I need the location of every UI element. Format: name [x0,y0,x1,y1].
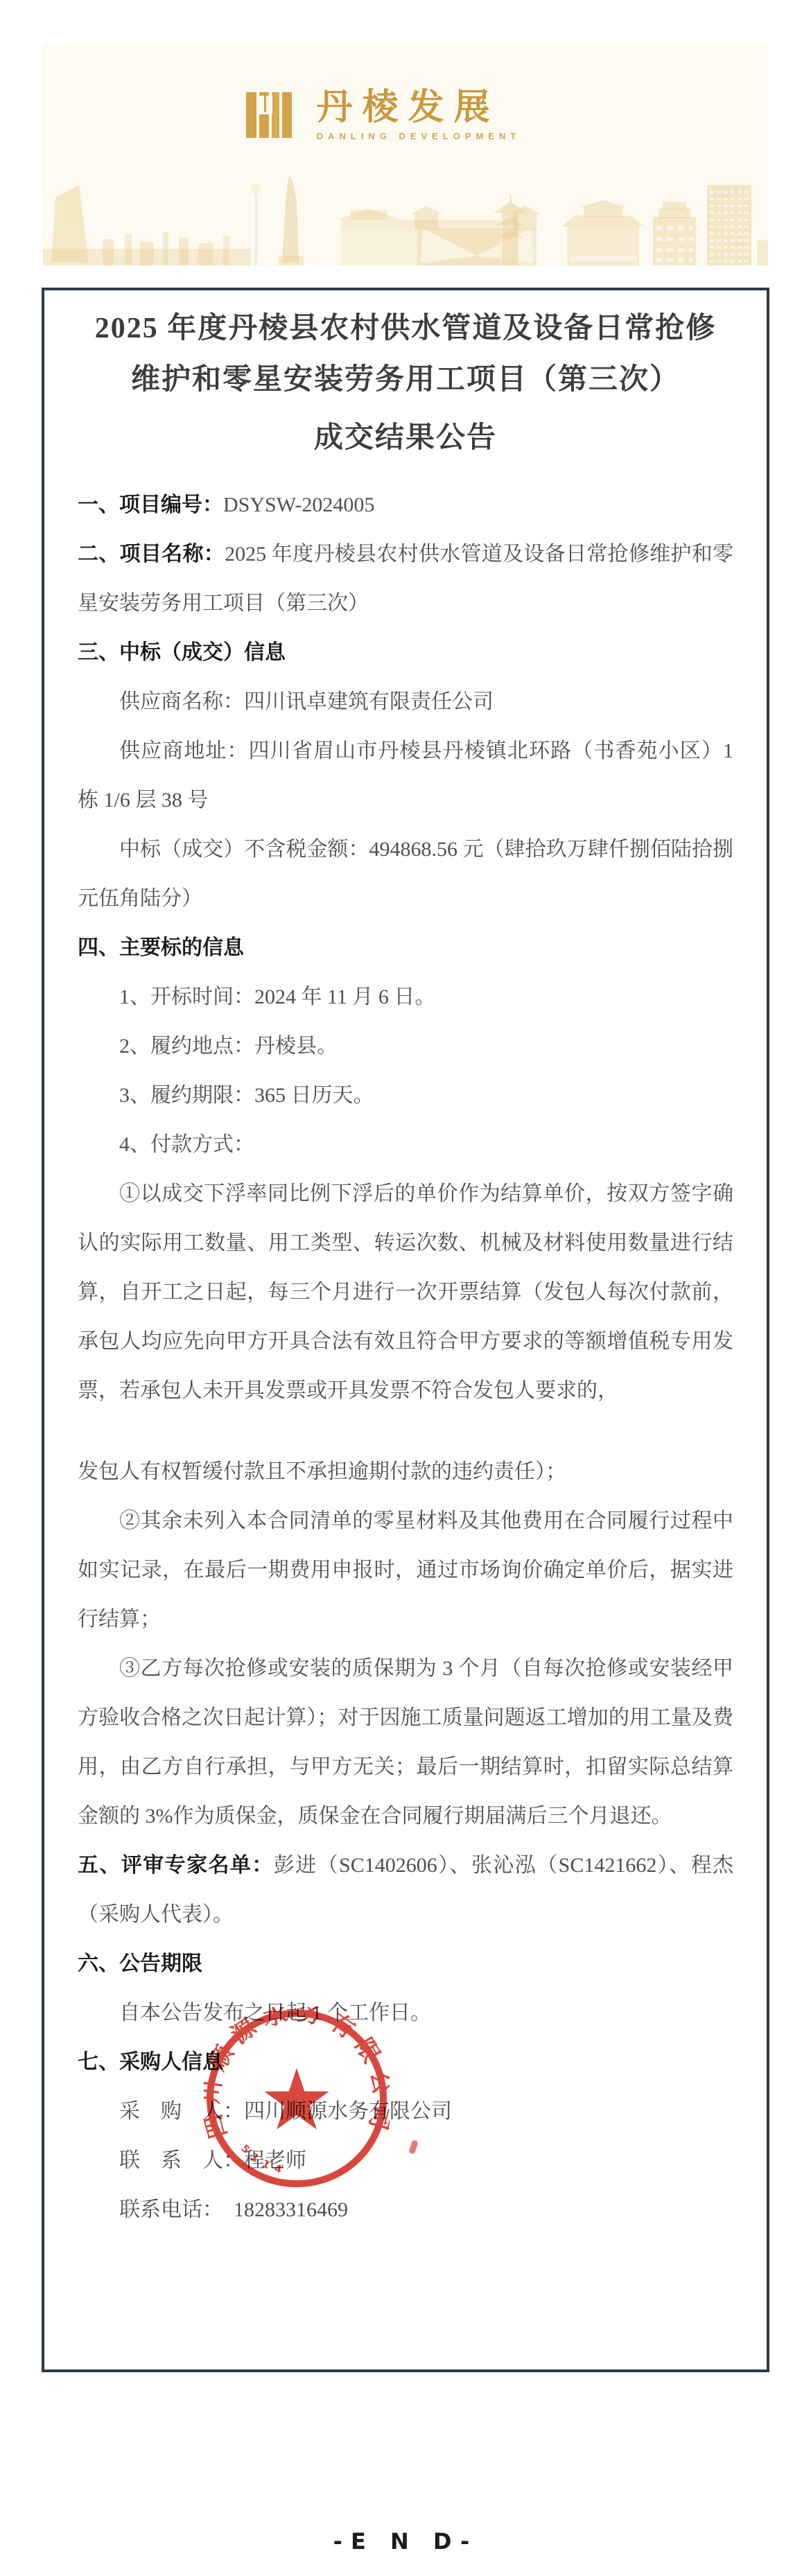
paragraph-text: 3、履约期限：365 日历天。 [119,1084,374,1107]
section-label: 四、主要标的信息 [78,936,244,959]
document-title: 2025 年度丹棱县农村供水管道及设备日常抢修 维护和零星安装劳务用工项目（第三… [78,303,733,464]
logo-text: 丹棱发展 DANLING DEVELOPMENT [317,89,521,141]
header-block: 丹棱发展 DANLING DEVELOPMENT [43,43,768,265]
paragraph-text: 发包人有权暂缓付款且不承担逾期付款的违约责任）； [78,1460,566,1483]
paragraph: 三、中标（成交）信息 [78,628,733,677]
paragraph: 七、采购人信息 [78,2038,733,2087]
paragraph: 四、主要标的信息 [78,923,733,972]
city-skyline-icon [43,174,768,265]
paragraph-text: ①以成交下浮率同比例下浮后的单价作为结算单价，按双方签字确认的实际用工数量、用工… [78,1182,733,1402]
paragraph: 联系电话： 18283316469 [78,2185,733,2234]
logo-name: 丹棱发展 [317,89,521,128]
paragraph-text: 4、付款方式： [119,1133,254,1156]
paragraph-text: 联 系 人：程老师 [119,2149,306,2172]
paragraph-text: 中标（成交）不含税金额：494868.56 元（肆拾玖万肆仟捌佰陆拾捌元伍角陆分… [78,838,733,910]
danling-logo-icon [246,92,292,138]
paragraph: 二、项目名称：2025 年度丹棱县农村供水管道及设备日常抢修维护和零星安装劳务用… [78,529,733,628]
paragraph-text: 自本公告发布之日起 1 个工作日。 [119,2001,431,2024]
paragraph: ③乙方每次抢修或安装的质保期为 3 个月（自每次抢修或安装经甲方验收合格之次日起… [78,1644,733,1841]
paragraph-text: ③乙方每次抢修或安装的质保期为 3 个月（自每次抢修或安装经甲方验收合格之次日起… [78,1657,733,1828]
paragraph-text: 1、开标时间：2024 年 11 月 6 日。 [119,985,435,1008]
paragraph: ②其余未列入本合同清单的零星材料及其他费用在合同履行过程中如实记录，在最后一期费… [78,1496,733,1644]
section-label: 六、公告期限 [78,1952,202,1975]
paragraph: 自本公告发布之日起 1 个工作日。 [78,1988,733,2038]
section-label: 七、采购人信息 [78,2051,223,2074]
paragraph-text: 联系电话： 18283316469 [119,2198,348,2221]
paragraph: 供应商名称：四川讯卓建筑有限责任公司 [78,677,733,726]
title-line-1: 2025 年度丹棱县农村供水管道及设备日常抢修 [78,303,733,354]
paragraph: 4、付款方式： [78,1120,733,1169]
document-box: 2025 年度丹棱县农村供水管道及设备日常抢修 维护和零星安装劳务用工项目（第三… [42,288,769,2372]
section-label: 一、项目编号： [78,493,223,516]
paragraph: 2、履约地点：丹棱县。 [78,1022,733,1071]
paragraph: 采 购 人：四川顺源水务有限公司 [78,2087,733,2136]
section-label: 三、中标（成交）信息 [78,641,286,664]
title-line-2: 维护和零星安装劳务用工项目（第三次） [78,354,733,405]
logo-subtitle: DANLING DEVELOPMENT [317,131,521,141]
paragraph-text: 采 购 人：四川顺源水务有限公司 [119,2100,452,2123]
paragraph-text: 2、履约地点：丹棱县。 [119,1035,338,1058]
paragraph-text: ②其余未列入本合同清单的零星材料及其他费用在合同履行过程中如实记录，在最后一期费… [78,1509,733,1631]
paragraph: 供应商地址：四川省眉山市丹棱县丹棱镇北环路（书香苑小区）1 栋 1/6 层 38… [78,726,733,825]
paragraph: 联 系 人：程老师 [78,2136,733,2185]
document-body: 一、项目编号：DSYSW-2024005二、项目名称：2025 年度丹棱县农村供… [78,480,733,2234]
paragraph: ①以成交下浮率同比例下浮后的单价作为结算单价，按双方签字确认的实际用工数量、用工… [78,1169,733,1415]
paragraph-text: 供应商地址：四川省眉山市丹棱县丹棱镇北环路（书香苑小区）1 栋 1/6 层 38… [78,739,733,812]
logo-row: 丹棱发展 DANLING DEVELOPMENT [21,89,746,141]
paragraph-text: DSYSW-2024005 [223,493,374,516]
section-label: 二、项目名称： [78,543,225,566]
title-line-3: 成交结果公告 [78,412,733,464]
section-label: 五、评审专家名单： [78,1854,274,1877]
paragraph: 五、评审专家名单：彭进（SC1402606）、张沁泓（SC1421662）、程杰… [78,1841,733,1939]
paragraph: 3、履约期限：365 日历天。 [78,1071,733,1120]
paragraph: 中标（成交）不含税金额：494868.56 元（肆拾玖万肆仟捌佰陆拾捌元伍角陆分… [78,825,733,923]
paragraph: 1、开标时间：2024 年 11 月 6 日。 [78,972,733,1022]
paragraph: 六、公告期限 [78,1939,733,1988]
paragraph-text: 供应商名称：四川讯卓建筑有限责任公司 [119,690,494,713]
end-label: -E N D- [0,2528,811,2555]
paragraph: 一、项目编号：DSYSW-2024005 [78,480,733,529]
announcement-page: 丹棱发展 DANLING DEVELOPMENT [0,0,811,2576]
paragraph: 发包人有权暂缓付款且不承担逾期付款的违约责任）； [78,1447,733,1496]
